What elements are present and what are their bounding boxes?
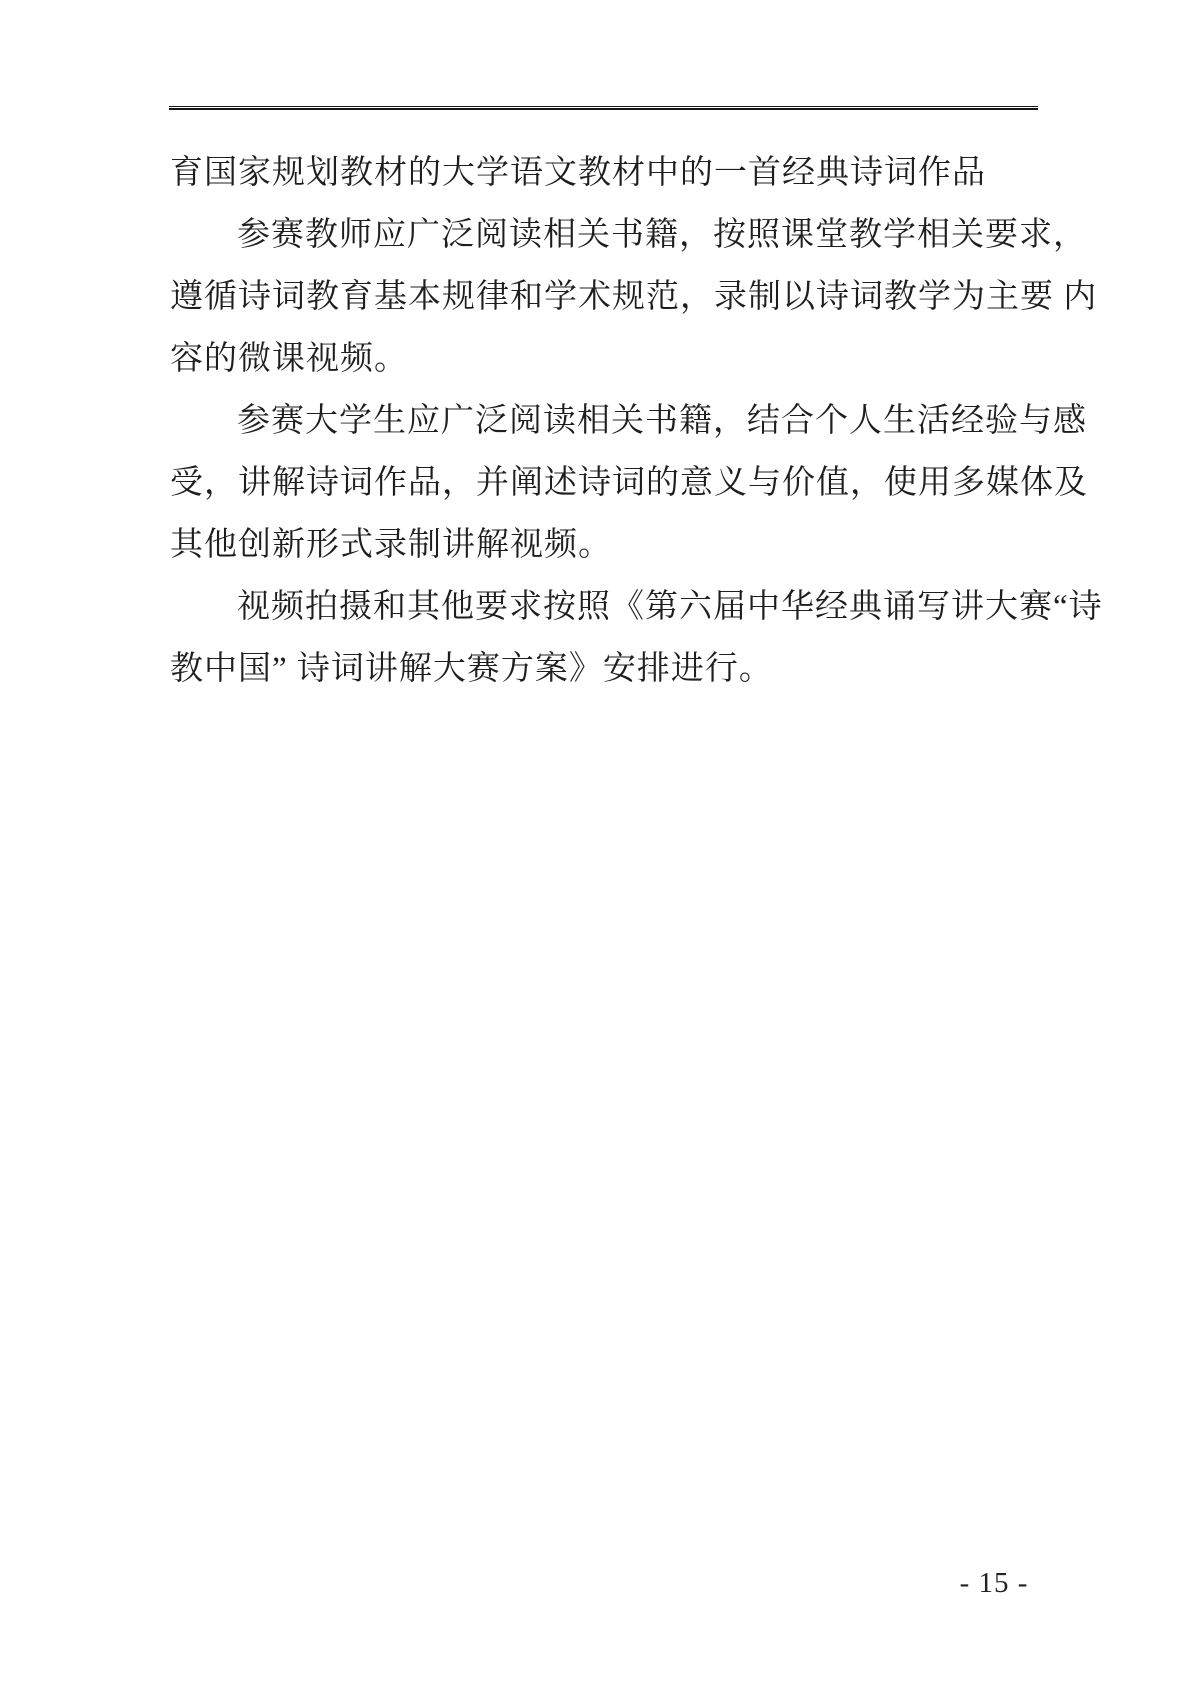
text-line: 其他创新形式录制讲解视频。 bbox=[170, 514, 1070, 576]
text-line: 参赛大学生应广泛阅读相关书籍，结合个人生活经验与感 bbox=[170, 390, 1070, 452]
text-line: 受，讲解诗词作品，并阐述诗词的意义与价值，使用多媒体及 bbox=[170, 452, 1070, 514]
header-rule bbox=[169, 106, 1038, 110]
text-line: 育国家规划教材的大学语文教材中的一首经典诗词作品 bbox=[170, 142, 1070, 204]
text-line: 视频拍摄和其他要求按照《第六届中华经典诵写讲大赛“诗 bbox=[170, 576, 1070, 638]
text-line: 遵循诗词教育基本规律和学术规范，录制以诗词教学为主要 内 bbox=[170, 266, 1070, 328]
text-block: 育国家规划教材的大学语文教材中的一首经典诗词作品参赛教师应广泛阅读相关书籍，按照… bbox=[170, 142, 1070, 700]
text-line: 教中国” 诗词讲解大赛方案》安排进行。 bbox=[170, 638, 1070, 700]
text-line: 容的微课视频。 bbox=[170, 328, 1070, 390]
page-number: - 15 - bbox=[948, 1567, 1040, 1600]
document-page: 育国家规划教材的大学语文教材中的一首经典诗词作品参赛教师应广泛阅读相关书籍，按照… bbox=[0, 0, 1191, 1684]
text-line: 参赛教师应广泛阅读相关书籍，按照课堂教学相关要求， bbox=[170, 204, 1070, 266]
